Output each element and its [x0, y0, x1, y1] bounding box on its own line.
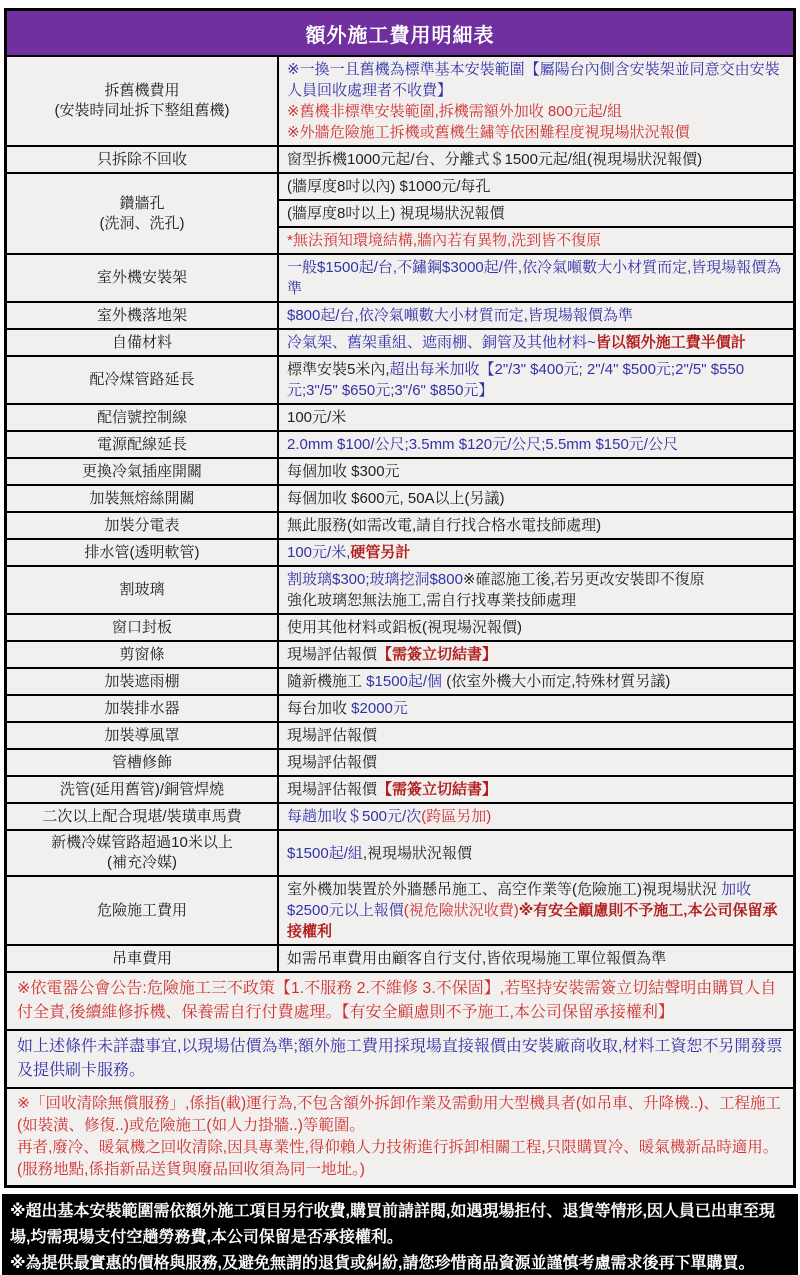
fee-detail-text: 使用其他材料或鋁板(視現場況報價) — [287, 619, 522, 636]
fee-item-label: 更換冷氣插座開關 — [7, 459, 279, 484]
fee-detail-text: 隨新機施工 — [287, 673, 366, 690]
fee-row: 排水管(透明軟管)100元/米,硬管另計 — [7, 538, 793, 565]
fee-detail-line: 隨新機施工 $1500起/個 (依室外機大小而定,特殊材質另議) — [287, 671, 670, 692]
fee-row: 二次以上配合現堪/裝璜車馬費每趟加收＄500元/次(跨區另加) — [7, 802, 793, 829]
fee-item-detail: 2.0mm $100/公尺;3.5mm $120元/公尺;5.5mm $150元… — [279, 432, 793, 457]
fee-detail-line: (牆厚度8吋以上) 視現場狀況報價 — [287, 203, 505, 224]
fee-detail-line: 每個加收 $300元 — [287, 461, 400, 482]
fee-item-detail: 窗型拆機1000元起/台、分離式＄1500元起/組(視現場狀況報價) — [279, 147, 793, 172]
fee-item-label: 吊車費用 — [7, 946, 279, 971]
fee-detail-text: $1500起/組 — [287, 845, 363, 862]
fee-item-content: 窗型拆機1000元起/台、分離式＄1500元起/組(視現場狀況報價) — [279, 147, 793, 172]
fee-item-content: 冷氣架、舊架重組、遮雨棚、銅管及其他材料~皆以額外施工費半價計 — [279, 330, 793, 355]
fee-detail-line: 2.0mm $100/公尺;3.5mm $120元/公尺;5.5mm $150元… — [287, 434, 678, 455]
fee-detail-line: 現場評估報價 — [287, 725, 377, 746]
fee-item-content: 現場評估報價 — [279, 750, 793, 775]
fee-row: 窗口封板使用其他材料或鋁板(視現場況報價) — [7, 613, 793, 640]
fee-detail-text: ※外牆危險施工拆機或舊機生鏽等依困難程度視現場狀況報價 — [287, 124, 690, 141]
fee-item-detail: 100元/米 — [279, 405, 793, 430]
fee-item-detail: 如需吊車費用由顧客自行支付,皆依現場施工單位報價為準 — [279, 946, 793, 971]
fee-item-label: 加裝導風罩 — [7, 723, 279, 748]
fee-item-detail: 每個加收 $300元 — [279, 459, 793, 484]
fee-detail-text: $2000元 — [351, 700, 408, 717]
fee-item-detail: 標準安裝5米內,超出每米加收【2"/3" $400元; 2"/4" $500元;… — [279, 357, 793, 403]
fee-detail-line: 窗型拆機1000元起/台、分離式＄1500元起/組(視現場狀況報價) — [287, 149, 702, 170]
fee-item-label: 室外機落地架 — [7, 303, 279, 328]
fee-item-detail: 現場評估報價 — [279, 750, 793, 775]
fee-detail-text: $1500起/個 — [366, 673, 442, 690]
fee-item-content: 現場評估報價 — [279, 723, 793, 748]
fee-detail-text: 【需簽立切結書】 — [377, 646, 497, 663]
fee-table-body: 拆舊機費用(安裝時同址拆下整組舊機)※一換一且舊機為標準基本安裝範圍【屬陽台內側… — [7, 55, 793, 971]
fee-item-label: 電源配線延長 — [7, 432, 279, 457]
fee-detail-text: 現場評估報價 — [287, 727, 377, 744]
fee-item-detail: 割玻璃$300;玻璃挖洞$800※確認施工後,若另更改安裝即不復原強化玻璃恕無法… — [279, 567, 793, 613]
fee-row: 加裝導風罩現場評估報價 — [7, 721, 793, 748]
fee-item-label: 管槽修飾 — [7, 750, 279, 775]
fee-row: 電源配線延長2.0mm $100/公尺;3.5mm $120元/公尺;5.5mm… — [7, 430, 793, 457]
fee-detail-line: *無法預知環境結構,牆內若有異物,洗到皆不復原 — [287, 230, 601, 251]
fee-item-label: 鑽牆孔(洗洞、洗孔) — [7, 174, 279, 253]
fee-detail-line: $800起/台,依冷氣噸數大小材質而定,皆現場報價為準 — [287, 305, 633, 326]
footer-notice: ※超出基本安裝範圍需依額外施工項目另行收費,購買前請詳閱,如遇現場拒付、退貨等情… — [2, 1194, 798, 1275]
fee-row: 更換冷氣插座開關每個加收 $300元 — [7, 457, 793, 484]
fee-item-label: 加裝無熔絲開關 — [7, 486, 279, 511]
fee-item-label: 配信號控制線 — [7, 405, 279, 430]
fee-detail-text: 100元/米, — [287, 544, 350, 561]
fee-row: 室外機落地架$800起/台,依冷氣噸數大小材質而定,皆現場報價為準 — [7, 301, 793, 328]
fee-detail-line: 室外機加裝置於外牆懸吊施工、高空作業等(危險施工)視現場狀況 加收$2500元以… — [287, 879, 785, 942]
fee-row: 新機冷媒管路超過10米以上(補充冷媒)$1500起/組,視現場狀況報價 — [7, 829, 793, 875]
fee-detail-text: ※舊機非標準安裝範圍,拆機需額外加收 800元起/組 — [287, 103, 622, 120]
fee-detail-line: 一般$1500起/台,不鏽鋼$3000起/件,依冷氣噸數大小材質而定,皆現場報價… — [287, 257, 785, 299]
fee-detail-text: 冷氣架、舊架重組、遮雨棚、銅管及其他材料~ — [287, 334, 596, 351]
fee-detail-line: 現場評估報價【需簽立切結書】 — [287, 644, 497, 665]
fee-row: 吊車費用如需吊車費用由顧客自行支付,皆依現場施工單位報價為準 — [7, 944, 793, 971]
fee-detail-text: (跨區另加) — [421, 808, 491, 825]
fee-item-label: 割玻璃 — [7, 567, 279, 613]
fee-item-label: 剪窗條 — [7, 642, 279, 667]
fee-item-detail: 每趟加收＄500元/次(跨區另加) — [279, 804, 793, 829]
fee-item-label: 新機冷媒管路超過10米以上(補充冷媒) — [7, 831, 279, 875]
notice-row: ※「回收清除無償服務」,係指(載)運行為,不包含額外拆卸作業及需動用大型機具者(… — [7, 1087, 793, 1185]
fee-item-content: $800起/台,依冷氣噸數大小材質而定,皆現場報價為準 — [279, 303, 793, 328]
fee-detail-text: (視危險狀況收費) — [404, 902, 519, 919]
fee-detail-text: ,視現場狀況報價 — [363, 845, 472, 862]
fee-detail-line: 標準安裝5米內,超出每米加收【2"/3" $400元; 2"/4" $500元;… — [287, 359, 785, 401]
fee-item-detail: 現場評估報價 — [279, 723, 793, 748]
fee-detail-line: 無此服務(如需改電,請自行找合格水電技師處理) — [287, 515, 601, 536]
fee-detail-text: 現場評估報價 — [287, 754, 377, 771]
fee-detail-line: 100元/米,硬管另計 — [287, 542, 410, 563]
notice-row: ※依電器公會公告:危險施工三不政策【1.不服務 2.不維修 3.不保固】,若堅持… — [7, 971, 793, 1029]
fee-row: 室外機安裝架一般$1500起/台,不鏽鋼$3000起/件,依冷氣噸數大小材質而定… — [7, 253, 793, 301]
fee-detail-text: $800起/台,依冷氣噸數大小材質而定,皆現場報價為準 — [287, 307, 633, 324]
fee-detail-text: 現場評估報價 — [287, 781, 377, 798]
fee-item-label: 窗口封板 — [7, 615, 279, 640]
fee-item-content: 2.0mm $100/公尺;3.5mm $120元/公尺;5.5mm $150元… — [279, 432, 793, 457]
fee-item-content: 隨新機施工 $1500起/個 (依室外機大小而定,特殊材質另議) — [279, 669, 793, 694]
fee-row: 鑽牆孔(洗洞、洗孔)(牆厚度8吋以內) $1000元/每孔(牆厚度8吋以上) 視… — [7, 172, 793, 253]
fee-item-content: 無此服務(如需改電,請自行找合格水電技師處理) — [279, 513, 793, 538]
fee-item-content: 100元/米,硬管另計 — [279, 540, 793, 565]
fee-item-label: 二次以上配合現堪/裝璜車馬費 — [7, 804, 279, 829]
fee-detail-line: 冷氣架、舊架重組、遮雨棚、銅管及其他材料~皆以額外施工費半價計 — [287, 332, 746, 353]
fee-item-detail: $1500起/組,視現場狀況報價 — [279, 831, 793, 875]
fee-item-label: 排水管(透明軟管) — [7, 540, 279, 565]
fee-item-content: 現場評估報價【需簽立切結書】 — [279, 642, 793, 667]
fee-detail-text: 無此服務(如需改電,請自行找合格水電技師處理) — [287, 517, 601, 534]
fee-row: 危險施工費用室外機加裝置於外牆懸吊施工、高空作業等(危險施工)視現場狀況 加收$… — [7, 875, 793, 944]
fee-item-content: (牆厚度8吋以內) $1000元/每孔(牆厚度8吋以上) 視現場狀況報價*無法預… — [279, 174, 793, 253]
fee-item-detail: 一般$1500起/台,不鏽鋼$3000起/件,依冷氣噸數大小材質而定,皆現場報價… — [279, 255, 793, 301]
fee-row: 加裝分電表無此服務(如需改電,請自行找合格水電技師處理) — [7, 511, 793, 538]
fee-detail-line: 割玻璃$300;玻璃挖洞$800※確認施工後,若另更改安裝即不復原強化玻璃恕無法… — [287, 569, 705, 611]
fee-table: 額外施工費用明細表 拆舊機費用(安裝時同址拆下整組舊機)※一換一且舊機為標準基本… — [4, 8, 796, 1188]
fee-row: 管槽修飾現場評估報價 — [7, 748, 793, 775]
fee-row: 加裝排水器每台加收 $2000元 — [7, 694, 793, 721]
fee-item-content: 使用其他材料或鋁板(視現場況報價) — [279, 615, 793, 640]
fee-item-detail: (牆厚度8吋以上) 視現場狀況報價 — [279, 199, 793, 226]
fee-detail-text: 100元/米 — [287, 409, 346, 426]
fee-row: 拆舊機費用(安裝時同址拆下整組舊機)※一換一且舊機為標準基本安裝範圍【屬陽台內側… — [7, 55, 793, 145]
fee-item-detail: 現場評估報價【需簽立切結書】 — [279, 777, 793, 802]
fee-detail-text: (牆厚度8吋以內) $1000元/每孔 — [287, 178, 490, 195]
fee-detail-text: (依室外機大小而定,特殊材質另議) — [442, 673, 670, 690]
fee-detail-line: $1500起/組,視現場狀況報價 — [287, 843, 472, 864]
fee-detail-text: 2.0mm $100/公尺;3.5mm $120元/公尺;5.5mm $150元… — [287, 436, 678, 453]
fee-detail-text: 皆以額外施工費半價計 — [596, 334, 746, 351]
fee-item-label: 加裝遮雨棚 — [7, 669, 279, 694]
fee-item-detail: 室外機加裝置於外牆懸吊施工、高空作業等(危險施工)視現場狀況 加收$2500元以… — [279, 877, 793, 944]
fee-detail-text: ※一換一且舊機為標準基本安裝範圍【屬陽台內側含安裝架並同意交由安裝人員回收處理者… — [287, 61, 780, 99]
fee-item-detail: 現場評估報價【需簽立切結書】 — [279, 642, 793, 667]
fee-item-label: 室外機安裝架 — [7, 255, 279, 301]
fee-item-content: 一般$1500起/台,不鏽鋼$3000起/件,依冷氣噸數大小材質而定,皆現場報價… — [279, 255, 793, 301]
fee-item-detail: 無此服務(如需改電,請自行找合格水電技師處理) — [279, 513, 793, 538]
fee-item-content: 每個加收 $300元 — [279, 459, 793, 484]
fee-detail-line: 100元/米 — [287, 407, 346, 428]
fee-item-content: 標準安裝5米內,超出每米加收【2"/3" $400元; 2"/4" $500元;… — [279, 357, 793, 403]
fee-detail-text: 標準安裝5米內, — [287, 361, 390, 378]
table-title: 額外施工費用明細表 — [7, 11, 793, 55]
fee-item-detail: (牆厚度8吋以內) $1000元/每孔 — [279, 174, 793, 199]
fee-row: 剪窗條現場評估報價【需簽立切結書】 — [7, 640, 793, 667]
fee-item-content: 割玻璃$300;玻璃挖洞$800※確認施工後,若另更改安裝即不復原強化玻璃恕無法… — [279, 567, 793, 613]
fee-detail-line: ※一換一且舊機為標準基本安裝範圍【屬陽台內側含安裝架並同意交由安裝人員回收處理者… — [287, 59, 785, 143]
fee-item-label: 加裝分電表 — [7, 513, 279, 538]
fee-detail-text: 現場評估報價 — [287, 646, 377, 663]
fee-detail-text: 窗型拆機1000元起/台、分離式＄1500元起/組(視現場狀況報價) — [287, 151, 702, 168]
fee-item-content: ※一換一且舊機為標準基本安裝範圍【屬陽台內側含安裝架並同意交由安裝人員回收處理者… — [279, 57, 793, 145]
fee-detail-line: 每台加收 $2000元 — [287, 698, 408, 719]
footer-line: ※超出基本安裝範圍需依額外施工項目另行收費,購買前請詳閱,如遇現場拒付、退貨等情… — [10, 1199, 790, 1251]
fee-detail-text: 一般$1500起/台,不鏽鋼$3000起/件,依冷氣噸數大小材質而定,皆現場報價… — [287, 259, 781, 297]
fee-detail-text: 割玻璃$300;玻璃挖洞$800 — [287, 571, 463, 588]
fee-item-content: 現場評估報價【需簽立切結書】 — [279, 777, 793, 802]
fee-detail-line: 每個加收 $600元, 50A以上(另議) — [287, 488, 505, 509]
fee-item-label: 危險施工費用 — [7, 877, 279, 944]
fee-item-label: 洗管(延用舊管)/銅管焊燒 — [7, 777, 279, 802]
fee-item-detail: ※一換一且舊機為標準基本安裝範圍【屬陽台內側含安裝架並同意交由安裝人員回收處理者… — [279, 57, 793, 145]
fee-detail-text: 每趟加收＄500元/次 — [287, 808, 421, 825]
fee-detail-text: 每個加收 $600元, 50A以上(另議) — [287, 490, 505, 507]
fee-detail-line: 現場評估報價 — [287, 752, 377, 773]
fee-detail-text: 每個加收 $300元 — [287, 463, 400, 480]
fee-item-detail: 冷氣架、舊架重組、遮雨棚、銅管及其他材料~皆以額外施工費半價計 — [279, 330, 793, 355]
fee-item-detail: 每個加收 $600元, 50A以上(另議) — [279, 486, 793, 511]
fee-row: 割玻璃割玻璃$300;玻璃挖洞$800※確認施工後,若另更改安裝即不復原強化玻璃… — [7, 565, 793, 613]
fee-item-content: 每個加收 $600元, 50A以上(另議) — [279, 486, 793, 511]
fee-row: 配冷煤管路延長標準安裝5米內,超出每米加收【2"/3" $400元; 2"/4"… — [7, 355, 793, 403]
fee-detail-line: 如需吊車費用由顧客自行支付,皆依現場施工單位報價為準 — [287, 948, 666, 969]
fee-row: 自備材料冷氣架、舊架重組、遮雨棚、銅管及其他材料~皆以額外施工費半價計 — [7, 328, 793, 355]
fee-detail-text: 【需簽立切結書】 — [377, 781, 497, 798]
footer-line: ※為提供最實惠的價格與服務,及避免無謂的退貨或糾紛,請您珍惜商品資源並謹慎考慮需… — [10, 1251, 790, 1275]
fee-item-content: 如需吊車費用由顧客自行支付,皆依現場施工單位報價為準 — [279, 946, 793, 971]
fee-row: 只拆除不回收窗型拆機1000元起/台、分離式＄1500元起/組(視現場狀況報價) — [7, 145, 793, 172]
fee-detail-text: 如需吊車費用由顧客自行支付,皆依現場施工單位報價為準 — [287, 950, 666, 967]
fee-row: 加裝無熔絲開關每個加收 $600元, 50A以上(另議) — [7, 484, 793, 511]
fee-item-content: $1500起/組,視現場狀況報價 — [279, 831, 793, 875]
fee-item-content: 室外機加裝置於外牆懸吊施工、高空作業等(危險施工)視現場狀況 加收$2500元以… — [279, 877, 793, 944]
fee-row: 洗管(延用舊管)/銅管焊燒現場評估報價【需簽立切結書】 — [7, 775, 793, 802]
fee-item-label: 只拆除不回收 — [7, 147, 279, 172]
fee-detail-line: (牆厚度8吋以內) $1000元/每孔 — [287, 176, 490, 197]
fee-detail-text: *無法預知環境結構,牆內若有異物,洗到皆不復原 — [287, 232, 601, 249]
fee-detail-text: 每台加收 — [287, 700, 351, 717]
fee-item-content: 每趟加收＄500元/次(跨區另加) — [279, 804, 793, 829]
fee-item-label: 拆舊機費用(安裝時同址拆下整組舊機) — [7, 57, 279, 145]
fee-detail-line: 使用其他材料或鋁板(視現場況報價) — [287, 617, 522, 638]
fee-detail-text: (牆厚度8吋以上) 視現場狀況報價 — [287, 205, 505, 222]
fee-row: 加裝遮雨棚隨新機施工 $1500起/個 (依室外機大小而定,特殊材質另議) — [7, 667, 793, 694]
fee-item-detail: 使用其他材料或鋁板(視現場況報價) — [279, 615, 793, 640]
fee-detail-line: 每趟加收＄500元/次(跨區另加) — [287, 806, 491, 827]
fee-item-detail: 100元/米,硬管另計 — [279, 540, 793, 565]
fee-item-label: 加裝排水器 — [7, 696, 279, 721]
fee-item-label: 配冷煤管路延長 — [7, 357, 279, 403]
fee-item-detail: 隨新機施工 $1500起/個 (依室外機大小而定,特殊材質另議) — [279, 669, 793, 694]
fee-detail-line: 現場評估報價【需簽立切結書】 — [287, 779, 497, 800]
fee-row: 配信號控制線100元/米 — [7, 403, 793, 430]
fee-item-label: 自備材料 — [7, 330, 279, 355]
fee-item-detail: *無法預知環境結構,牆內若有異物,洗到皆不復原 — [279, 226, 793, 253]
notice-section: ※依電器公會公告:危險施工三不政策【1.不服務 2.不維修 3.不保固】,若堅持… — [7, 971, 793, 1185]
fee-detail-text: 硬管另計 — [350, 544, 410, 561]
fee-detail-text: 室外機加裝置於外牆懸吊施工、高空作業等(危險施工)視現場狀況 — [287, 881, 721, 898]
fee-item-content: 100元/米 — [279, 405, 793, 430]
fee-item-detail: $800起/台,依冷氣噸數大小材質而定,皆現場報價為準 — [279, 303, 793, 328]
fee-item-detail: 每台加收 $2000元 — [279, 696, 793, 721]
fee-item-content: 每台加收 $2000元 — [279, 696, 793, 721]
notice-row: 如上述條件未詳盡事宜,以現場估價為準;額外施工費用採現場直接報價由安裝廠商收取,… — [7, 1029, 793, 1087]
